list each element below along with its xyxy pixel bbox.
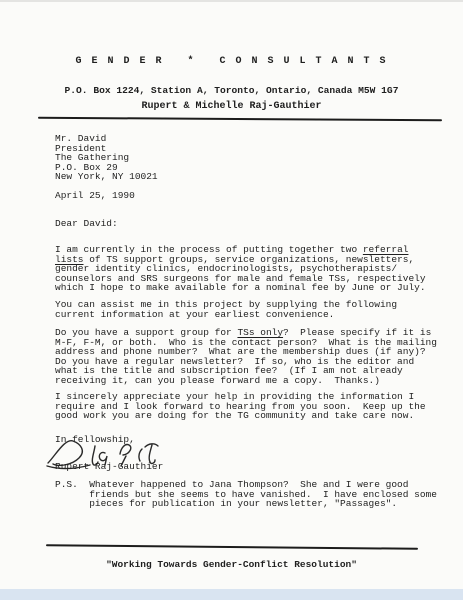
text-line: pieces for publication in your newslette…	[55, 499, 437, 509]
scan-edge-top	[0, 0, 463, 2]
text-line: New York, NY 10021	[55, 172, 158, 182]
letterhead-title: G E N D E R * C O N S U L T A N T S	[0, 56, 463, 67]
letterhead-address: P.O. Box 1224, Station A, Toronto, Ontar…	[0, 85, 463, 96]
letter-page: G E N D E R * C O N S U L T A N T S P.O.…	[0, 0, 463, 600]
postscript-block: P.S. Whatever happened to Jana Thompson?…	[55, 480, 437, 509]
text-segment: which I hope to make available for a nom…	[55, 282, 426, 293]
text-segment: good work you are doing for the TG commu…	[55, 410, 414, 421]
text-line: receiving it, can you please forward me …	[55, 376, 437, 386]
signature-name: Rupert Raj-Gauthier	[55, 462, 163, 472]
text-line: current information at your earliest con…	[55, 310, 397, 320]
recipient-block: Mr. DavidPresidentThe GatheringP.O. Box …	[55, 134, 158, 182]
text-line: good work you are doing for the TG commu…	[55, 411, 426, 421]
text-segment: receiving it, can you please forward me …	[55, 375, 380, 386]
date-line: April 25, 1990	[55, 191, 135, 201]
body-paragraph: You can assist me in this project by sup…	[55, 300, 397, 319]
body-paragraph: I am currently in the process of putting…	[55, 245, 426, 293]
text-segment: current information at your earliest con…	[55, 309, 334, 320]
footer-rule	[46, 544, 418, 550]
letterhead-rule	[38, 117, 442, 121]
body-paragraph: I sincerely appreciate your help in prov…	[55, 392, 426, 421]
footer-motto: "Working Towards Gender-Conflict Resolut…	[0, 559, 463, 570]
salutation: Dear David:	[55, 219, 118, 229]
body-paragraph: Do you have a support group for TSs only…	[55, 328, 437, 385]
text-line: which I hope to make available for a nom…	[55, 283, 426, 293]
scan-strip-bottom	[0, 589, 463, 600]
letterhead-names: Rupert & Michelle Raj-Gauthier	[0, 101, 463, 112]
